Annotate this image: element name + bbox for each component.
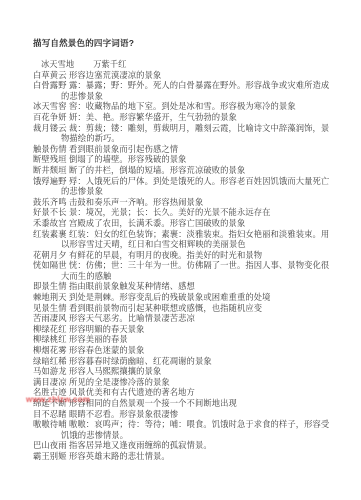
idiom-entry: 禾黍故宫 宫殿成了农田，长满禾黍。形容亡国破败的景象 xyxy=(33,218,330,229)
idiom-entry: 柳烟花雾 形容春色迷蒙的景象 xyxy=(33,345,330,356)
idiom-definition: 形容暮春时绿荫幽暗、红花凋谢的景象 xyxy=(69,356,212,366)
page-title: 描写自然景色的四字词语? xyxy=(33,38,331,49)
idiom-definition: 裁：剪裁；镂：雕刻，剪裁明月，雕刻云霞，比喻诗文中辞藻润饰，景物描绘的新巧。 xyxy=(61,123,329,144)
idiom-entry: 嗷嗷待哺 嗷嗷：哀鸣声；待：等待；哺：喂食。饥饿时急于求食的样子，形容受饥饿的悲… xyxy=(33,419,330,440)
idiom-entry: 马如游龙 形容人马熙熙攘攘的景象 xyxy=(33,366,330,377)
idiom-entry: 绿暗红稀 形容暮春时绿荫幽暗、红花凋谢的景象 xyxy=(33,356,330,367)
idiom-term: 绵延不断 xyxy=(33,398,67,408)
idiom-definition: 妍：美、艳。形容繁华盛开，生气勃勃的景象 xyxy=(69,112,237,122)
idiom-entry: 断壁残垣 倒塌了的墙壁。形容残破的景象 xyxy=(33,154,330,165)
idiom-definition: 风景优美和有古代遗迹的著名地方 xyxy=(69,387,195,397)
idiom-term: 触景伤情 xyxy=(33,144,67,154)
idiom-definition: 形容英雄末路的悲壮情景。 xyxy=(69,451,170,461)
idiom-definition: 眼睛不忍看。形容景象很凄惨 xyxy=(69,409,178,419)
idiom-term: 柳烟花雾 xyxy=(33,345,67,355)
idiom-term: 柳绿花红 xyxy=(33,324,67,334)
idiom-definition: 形容天气恶劣。比喻情景凄苦悲凉 xyxy=(69,313,195,323)
idiom-definition: 指由眼前景象触发某种情绪、感想 xyxy=(69,281,195,291)
idiom-entry: 花朝月夕 有鲜花的早晨，有明月的夜晚。指美好的时光和景物 xyxy=(33,250,330,261)
idiom-term: 鼓乐齐鸣 xyxy=(33,197,67,207)
idiom-definition: 看到眼前景象而引起伤感之情 xyxy=(69,144,178,154)
idiom-term: 霸王别姬 xyxy=(33,451,67,461)
idiom-definition: 恍：仿佛；世：三十年为一世。仿佛隔了一世。指因人事、景物变化很大而生的感触 xyxy=(61,260,329,281)
idiom-entry: 棘地荆天 到处是荆棘。形容变乱后的残破景象或困难重重的处境 xyxy=(33,292,330,303)
idiom-term: 百花争妍 xyxy=(33,112,67,122)
idiom-definition: 形容相同的自然景观一个接一个不间断地出现 xyxy=(69,398,237,408)
idiom-entry: 饿殍遍野 殍：人饿死后的尸体。到处是饿死的人。形容老百姓因饥饿而大量死亡的悲惨景… xyxy=(33,176,330,197)
idiom-definition: 击鼓和奏乐声一齐响。形容热闹景象 xyxy=(69,197,203,207)
idiom-entry: 柳绿花红 形容明媚的春天景象 xyxy=(33,324,330,335)
idiom-definition: 宫殿成了农田，长满禾黍。形容亡国破败的景象 xyxy=(69,218,245,228)
idiom-definition: 殍：人饿死后的尸体。到处是饿死的人。形容老百姓因饥饿而大量死亡的悲惨景象 xyxy=(61,176,329,197)
idiom-entry: 红装素裹 红装：妇女的红色装饰；素裹：淡雅装束。指妇女艳丽和淡雅装束。用以形容雪… xyxy=(33,229,330,250)
idiom-definition: 看到眼前景物而引起某种联想或感慨，也指随机应变 xyxy=(69,303,262,313)
idiom-term: 红装素裹 xyxy=(33,229,67,239)
idiom-term: 满目凄凉 xyxy=(33,377,67,387)
idiom-definition: 红装：妇女的红色装饰；素裹：淡雅装束。指妇女艳丽和淡雅装束。用以形容雪过天晴，红… xyxy=(61,229,329,250)
idiom-entry: 裁月镂云 裁：剪裁；镂：雕刻，剪裁明月，雕刻云霞，比喻诗文中辞藻润饰，景物描绘的… xyxy=(33,123,330,144)
idiom-term: 白草黄云 xyxy=(33,70,67,80)
idiom-definition: 有鲜花的早晨，有明月的夜晚。指美好的时光和景物 xyxy=(69,250,262,260)
idiom-term: 苦雨凄风 xyxy=(33,313,67,323)
idiom-list: 白草黄云 形容边塞荒漠凄凉的景象白骨露野 露：暴露；野：野外。死人的白骨暴露在野… xyxy=(33,70,330,462)
idiom-entry: 百花争妍 妍：美、艳。形容繁华盛开，生气勃勃的景象 xyxy=(33,112,330,123)
idiom-term: 棘地荆天 xyxy=(33,292,67,302)
lead-term: 万紫千红 xyxy=(93,59,126,70)
idiom-entry: 恍如隔世 恍：仿佛；世：三十年为一世。仿佛隔了一世。指因人事、景物变化很大而生的… xyxy=(33,260,330,281)
idiom-term: 禾黍故宫 xyxy=(33,218,67,228)
idiom-definition: 露：暴露；野：野外。死人的白骨暴露在野外。形容战争或灾难所造成的悲惨景象 xyxy=(61,80,329,101)
idiom-entry: 冰天雪窖 窖：收藏物品的地下室。到处是冰和雪。形容极为寒冷的景象 xyxy=(33,101,330,112)
idiom-definition: 指客居异地又逢夜雨缠绵的孤寂情景。 xyxy=(69,440,212,450)
idiom-entry: 绵延不断 形容相同的自然景观一个接一个不间断地出现 xyxy=(33,398,330,409)
lead-term: 冰天雪地 xyxy=(41,59,74,70)
idiom-entry: 名胜古迹 风景优美和有古代遗迹的著名地方 xyxy=(33,387,330,398)
idiom-definition: 断了的井栏，倒塌的短墙。形容荒凉破败的景象 xyxy=(69,165,245,175)
idiom-definition: 形容春色迷蒙的景象 xyxy=(69,345,145,355)
idiom-entry: 霸王别姬 形容英雄末路的悲壮情景。 xyxy=(33,451,330,462)
idiom-term: 冰天雪窖 xyxy=(33,101,67,111)
idiom-term: 断壁残垣 xyxy=(33,154,67,164)
idiom-definition: 形容边塞荒漠凄凉的景象 xyxy=(69,70,161,80)
idiom-definition: 形容美丽的春景 xyxy=(69,334,128,344)
idiom-term: 绿暗红稀 xyxy=(33,356,67,366)
idiom-term: 见景生情 xyxy=(33,303,67,313)
idiom-entry: 即景生情 指由眼前景象触发某种情绪、感想 xyxy=(33,281,330,292)
idiom-definition: 景：境况，光景；长：长久。美好的光景不能永远存在 xyxy=(69,207,271,217)
idiom-definition: 窖：收藏物品的地下室。到处是冰和雪。形容极为寒冷的景象 xyxy=(69,101,296,111)
idiom-term: 巴山夜雨 xyxy=(33,440,67,450)
idiom-entry: 巴山夜雨 指客居异地又逢夜雨缠绵的孤寂情景。 xyxy=(33,440,330,451)
idiom-term: 嗷嗷待哺 xyxy=(33,419,67,429)
idiom-definition: 形容明媚的春天景象 xyxy=(69,324,145,334)
idiom-term: 目不忍睹 xyxy=(33,409,67,419)
idiom-definition: 倒塌了的墙壁。形容残破的景象 xyxy=(69,154,187,164)
idiom-term: 白骨露野 xyxy=(33,80,67,90)
idiom-entry: 断井颓垣 断了的井栏，倒塌的短墙。形容荒凉破败的景象 xyxy=(33,165,330,176)
idiom-term: 名胜古迹 xyxy=(33,387,67,397)
idiom-entry: 满目凄凉 所见的全是凄惨冷落的景象 xyxy=(33,377,330,388)
idiom-entry: 白骨露野 露：暴露；野：野外。死人的白骨暴露在野外。形容战争或灾难所造成的悲惨景… xyxy=(33,80,330,101)
idiom-definition: 所见的全是凄惨冷落的景象 xyxy=(69,377,170,387)
idiom-entry: 见景生情 看到眼前景物而引起某种联想或感慨，也指随机应变 xyxy=(33,303,330,314)
idiom-entry: 白草黄云 形容边塞荒漠凄凉的景象 xyxy=(33,70,330,81)
idiom-term: 即景生情 xyxy=(33,281,67,291)
idiom-term: 柳绿桃红 xyxy=(33,334,67,344)
idiom-term: 裁月镂云 xyxy=(33,123,67,133)
idiom-entry: 苦雨凄风 形容天气恶劣。比喻情景凄苦悲凉 xyxy=(33,313,330,324)
idiom-definition: 形容人马熙熙攘攘的景象 xyxy=(69,366,161,376)
idiom-term: 饿殍遍野 xyxy=(33,176,67,186)
idiom-term: 恍如隔世 xyxy=(33,260,67,270)
idiom-entry: 鼓乐齐鸣 击鼓和奏乐声一齐响。形容热闹景象 xyxy=(33,197,330,208)
idiom-term: 花朝月夕 xyxy=(33,250,67,260)
idiom-definition: 嗷嗷：哀鸣声；待：等待；哺：喂食。饥饿时急于求食的样子，形容受饥饿的悲惨情景。 xyxy=(61,419,329,440)
idiom-term: 好景不长 xyxy=(33,207,67,217)
idiom-entry: 好景不长 景：境况，光景；长：长久。美好的光景不能永远存在 xyxy=(33,207,330,218)
document-content: 描写自然景色的四字词语? 冰天雪地 万紫千红 白草黄云 形容边塞荒漠凄凉的景象白… xyxy=(33,38,331,462)
idiom-entry: 柳绿桃红 形容美丽的春景 xyxy=(33,334,330,345)
lead-terms-row: 冰天雪地 万紫千红 xyxy=(33,59,331,70)
idiom-entry: 触景伤情 看到眼前景象而引起伤感之情 xyxy=(33,144,330,155)
idiom-definition: 到处是荆棘。形容变乱后的残破景象或困难重重的处境 xyxy=(69,292,271,302)
document-page: 描写自然景色的四字词语? 冰天雪地 万紫千红 白草黄云 形容边塞荒漠凄凉的景象白… xyxy=(0,0,361,500)
idiom-term: 马如游龙 xyxy=(33,366,67,376)
idiom-entry: 目不忍睹 眼睛不忍看。形容景象很凄惨 xyxy=(33,409,330,420)
idiom-term: 断井颓垣 xyxy=(33,165,67,175)
